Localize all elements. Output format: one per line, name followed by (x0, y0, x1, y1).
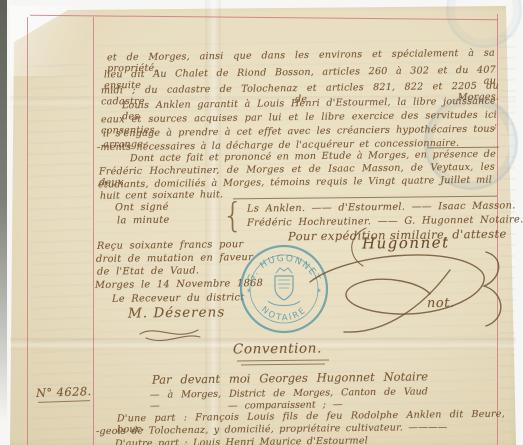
body-text-line: huit cent soixante huit. (100, 189, 223, 202)
receipt-line: Reçu soixante francs pour (97, 239, 244, 252)
receveur-signature-flourish (134, 322, 204, 344)
receipt-line: droit de mutation en faveur (96, 252, 253, 265)
scanner-edge (0, 0, 7, 445)
receipt-line: de l'Etat de Vaud. (97, 265, 199, 277)
margin-line-left-inner (93, 17, 94, 445)
brace-glyph: { (222, 196, 244, 236)
frame-line-left-outer (27, 17, 28, 445)
convention-title: Convention. (233, 340, 322, 357)
signed-label: la minute (117, 215, 170, 227)
document-scan: et de Morges, ainsi que dans les environ… (0, 0, 523, 445)
notary-autograph-suffix: not. (427, 296, 455, 311)
receipt-line: Le Receveur du district (112, 292, 245, 305)
signed-label: Ont signé (115, 202, 169, 214)
notary-autograph-flourish (300, 242, 515, 342)
act-number: N° 4628. (36, 384, 92, 400)
receveur-signature: M. Déserens (128, 304, 225, 321)
stamp-star-left: ✶ (246, 287, 252, 295)
